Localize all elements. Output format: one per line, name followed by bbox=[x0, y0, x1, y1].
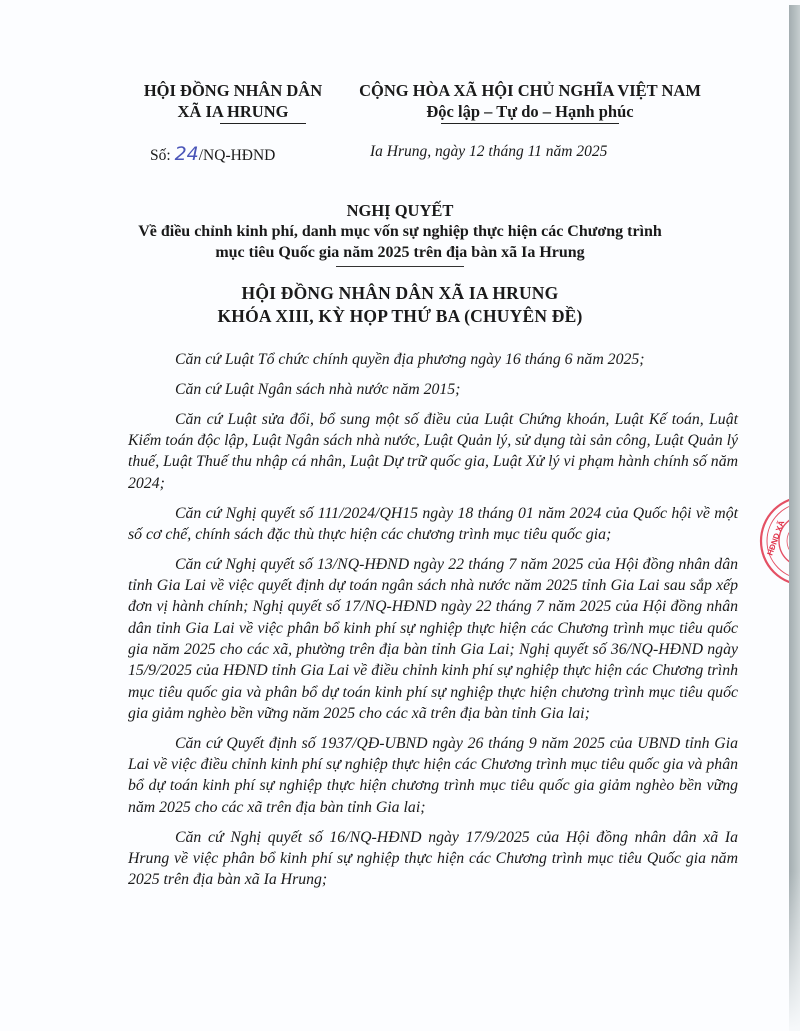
stamp-text: HĐND XÃ bbox=[765, 519, 786, 557]
issuer-underline bbox=[220, 123, 306, 124]
document-page: HỘI ĐỒNG NHÂN DÂN XÃ IA HRUNG CỘNG HÒA X… bbox=[0, 0, 789, 1031]
subject-line2: mục tiêu Quốc gia năm 2025 trên địa bàn … bbox=[100, 242, 700, 263]
legal-basis-item: Căn cứ Quyết định số 1937/QĐ-UBND ngày 2… bbox=[128, 733, 738, 818]
nation-motto: Độc lập – Tự do – Hạnh phúc bbox=[330, 101, 730, 122]
document-title: NGHỊ QUYẾT Về điều chỉnh kinh phí, danh … bbox=[100, 200, 700, 267]
legal-basis-item: Căn cứ Luật sửa đổi, bổ sung một số điều… bbox=[128, 409, 738, 494]
subject-line1: Về điều chỉnh kinh phí, danh mục vốn sự … bbox=[100, 221, 700, 242]
issuer-header: HỘI ĐỒNG NHÂN DÂN XÃ IA HRUNG bbox=[128, 80, 338, 124]
number-suffix: /NQ-HĐND bbox=[199, 147, 276, 164]
issuer-line1: HỘI ĐỒNG NHÂN DÂN bbox=[128, 80, 338, 101]
place-date: Ia Hrung, ngày 12 tháng 11 năm 2025 bbox=[370, 143, 607, 161]
national-header: CỘNG HÒA XÃ HỘI CHỦ NGHĨA VIỆT NAM Độc l… bbox=[330, 80, 730, 124]
nation-title: CỘNG HÒA XÃ HỘI CHỦ NGHĨA VIỆT NAM bbox=[330, 80, 730, 101]
legal-bases: Căn cứ Luật Tổ chức chính quyền địa phươ… bbox=[128, 349, 738, 899]
legal-basis-item: Căn cứ Nghị quyết số 16/NQ-HĐND ngày 17/… bbox=[128, 827, 738, 891]
scan-edge bbox=[789, 5, 800, 1031]
issuer-line2: XÃ IA HRUNG bbox=[128, 101, 338, 122]
document-number: Số: 24/NQ-HĐND bbox=[150, 143, 275, 165]
legal-basis-item: Căn cứ Luật Ngân sách nhà nước năm 2015; bbox=[128, 379, 738, 400]
number-prefix: Số: bbox=[150, 147, 175, 164]
legal-basis-item: Căn cứ Luật Tổ chức chính quyền địa phươ… bbox=[128, 349, 738, 370]
legal-basis-item: Căn cứ Nghị quyết số 13/NQ-HĐND ngày 22 … bbox=[128, 554, 738, 724]
title-divider bbox=[336, 266, 464, 267]
motto-underline bbox=[441, 123, 619, 124]
council-heading: HỘI ĐỒNG NHÂN DÂN XÃ IA HRUNG KHÓA XIII,… bbox=[100, 282, 700, 328]
doc-type: NGHỊ QUYẾT bbox=[100, 200, 700, 221]
handwritten-number: 24 bbox=[175, 143, 199, 165]
council-line2: KHÓA XIII, KỲ HỌP THỨ BA (CHUYÊN ĐỀ) bbox=[100, 305, 700, 328]
legal-basis-item: Căn cứ Nghị quyết số 111/2024/QH15 ngày … bbox=[128, 503, 738, 546]
council-line1: HỘI ĐỒNG NHÂN DÂN XÃ IA HRUNG bbox=[100, 282, 700, 305]
